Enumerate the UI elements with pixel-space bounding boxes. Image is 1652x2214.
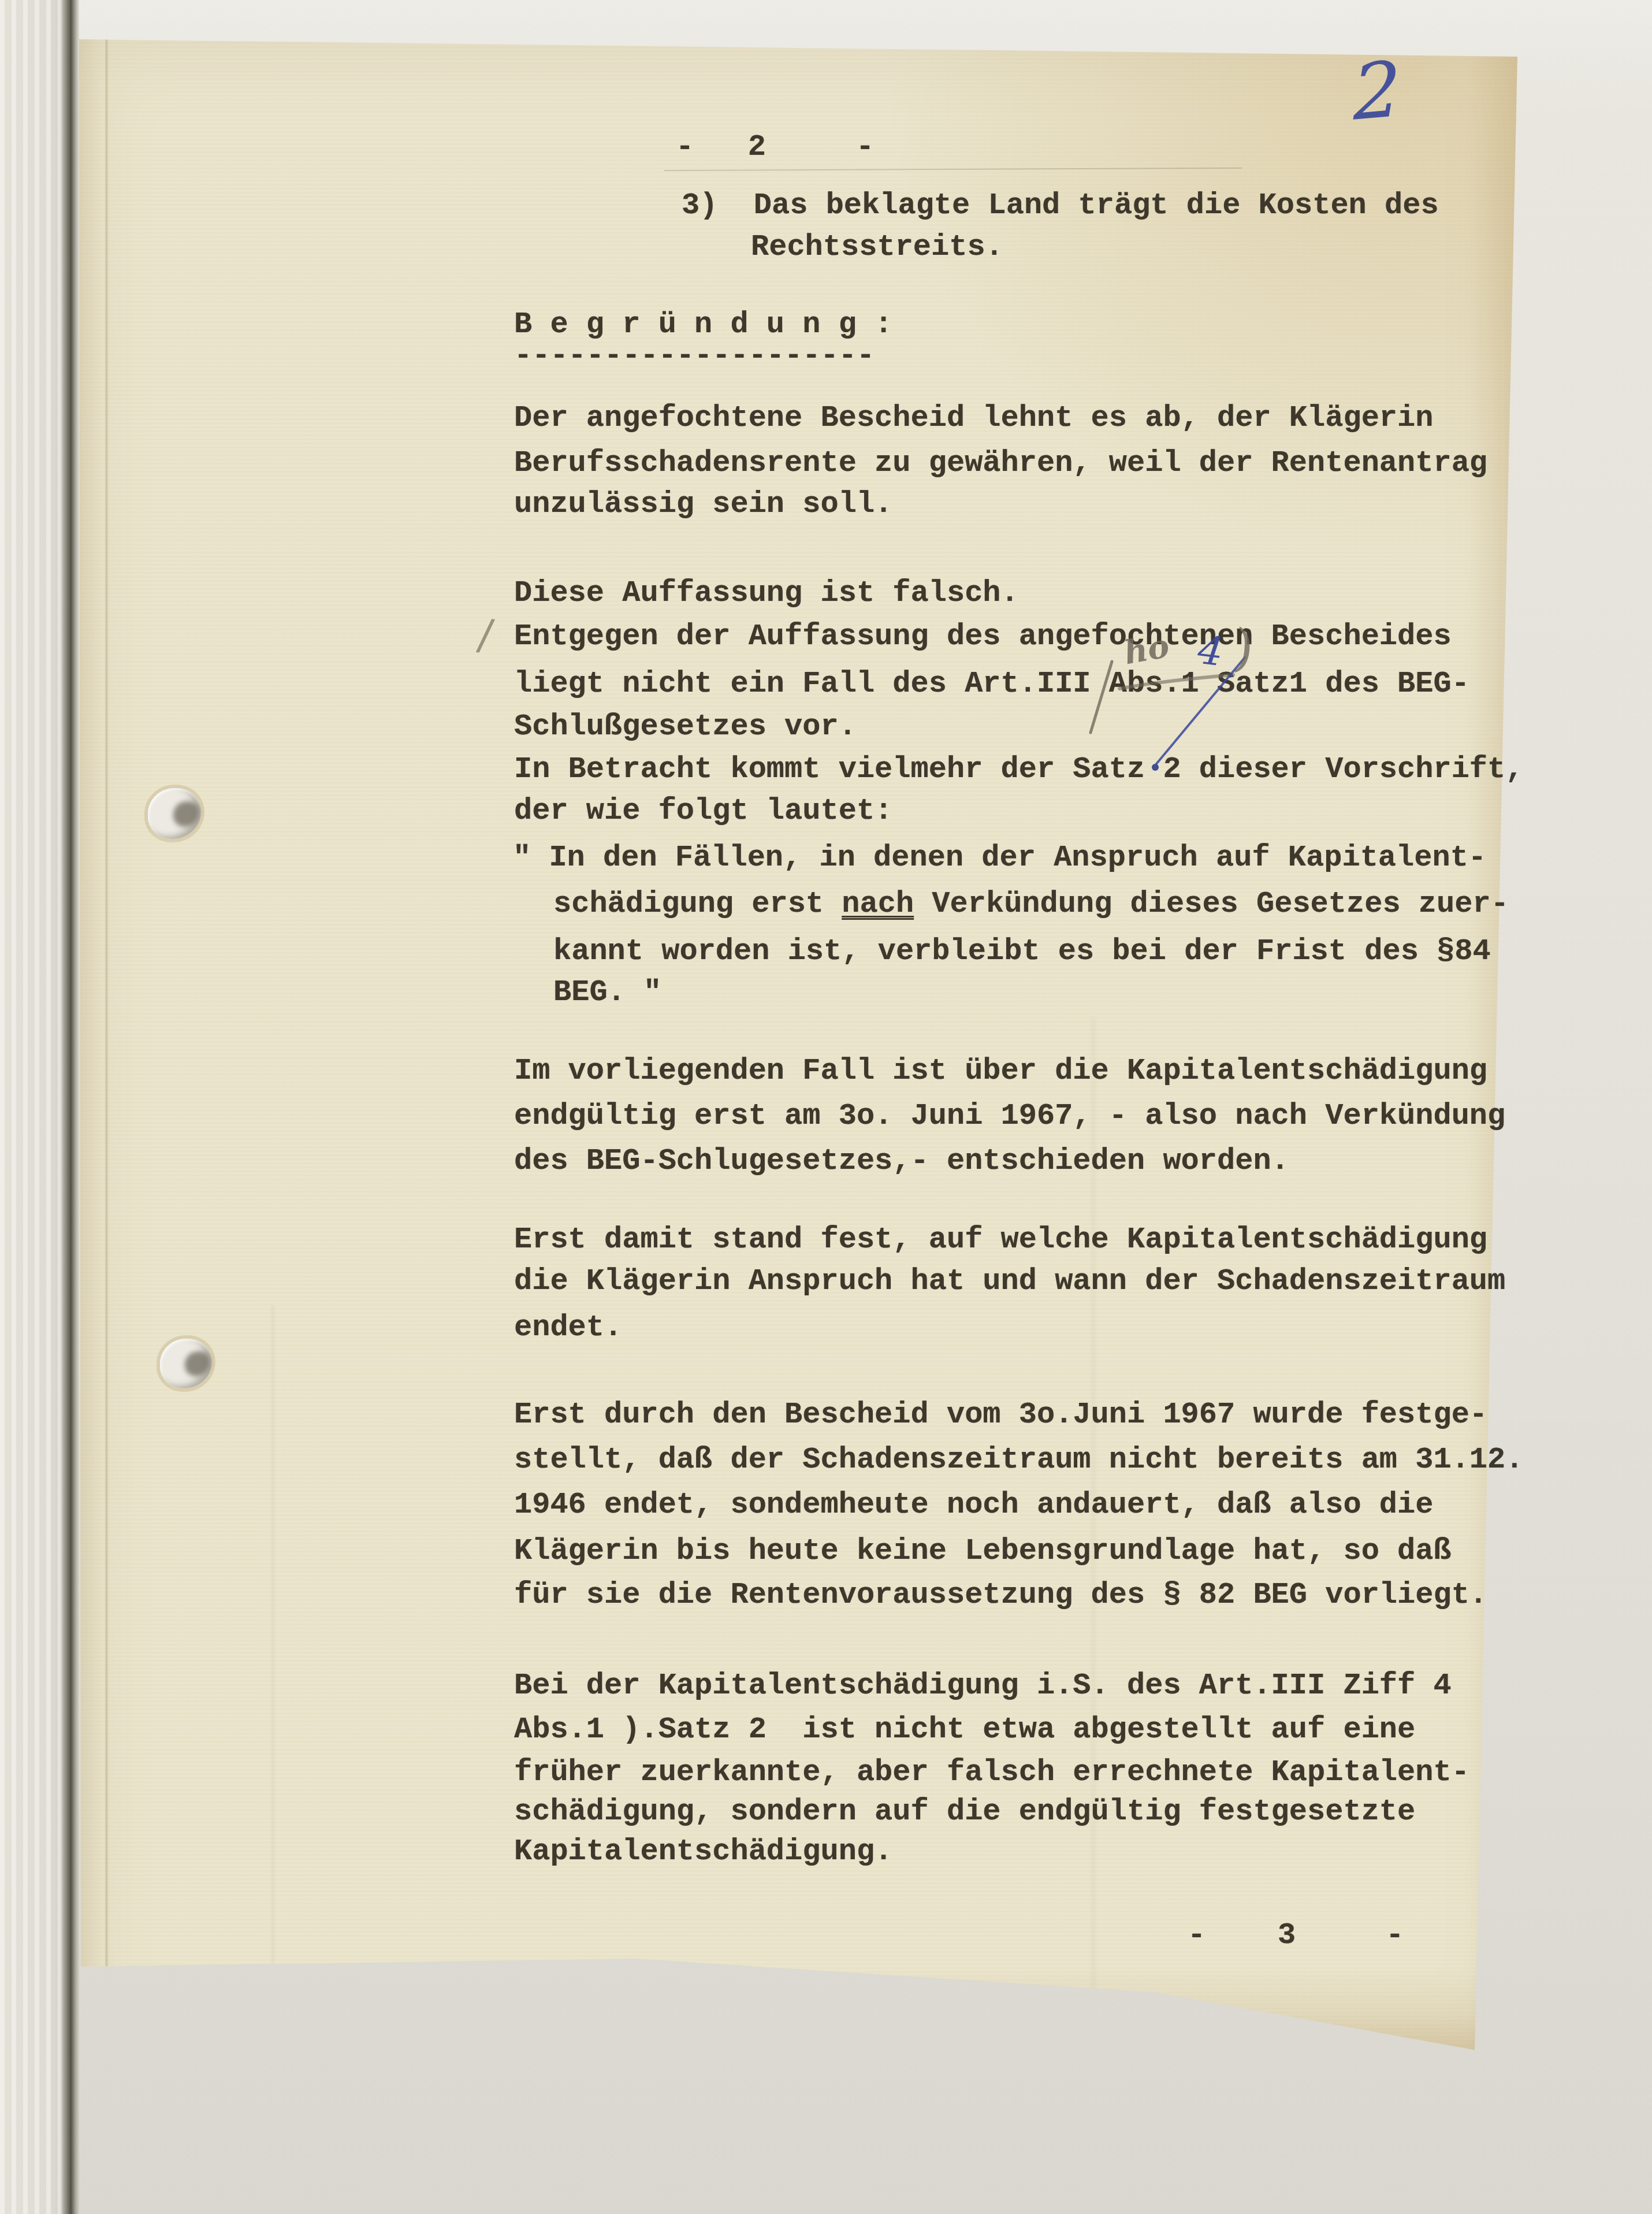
paper-crease	[106, 35, 107, 1967]
typed-line: " In den Fällen, in denen der Anspruch a…	[513, 841, 1486, 875]
typed-line: Kapitalentschädigung.	[514, 1834, 892, 1869]
typed-line: In Betracht kommt vielmehr der Satz 2 di…	[514, 752, 1523, 787]
typed-line: Rechtsstreits.	[751, 230, 1003, 265]
pencil-slash-stroke	[1091, 662, 1112, 733]
handwritten-folio-number: 2	[1352, 51, 1402, 132]
paper-crease	[272, 1306, 274, 1964]
typed-line: schädigung, sondern auf die endgültig fe…	[514, 1795, 1415, 1829]
typed-line: der wie folgt lautet:	[514, 794, 892, 829]
typed-line: Erst damit stand fest, auf welche Kapita…	[514, 1223, 1487, 1257]
typed-line: 3) Das beklagte Land trägt die Kosten de…	[682, 188, 1439, 223]
typed-text: Verkündung dieses Gesetzes zuer-	[914, 887, 1509, 921]
typed-line: schädigung erst nach Verkündung dieses G…	[553, 887, 1509, 922]
typed-line: stellt, daß der Schadenszeitraum nicht b…	[514, 1443, 1523, 1477]
binding-fold-shadow	[60, 0, 80, 2214]
typed-line: endet.	[514, 1310, 622, 1345]
typed-line: des BEG-Schlugesetzes,- entschieden word…	[514, 1144, 1289, 1179]
typed-line: für sie die Rentenvoraussetzung des § 82…	[514, 1578, 1487, 1613]
typed-line: endgültig erst am 3o. Juni 1967, - also …	[514, 1099, 1505, 1134]
typed-line: Berufsschadensrente zu gewähren, weil de…	[514, 446, 1487, 481]
typed-line: Der angefochtene Bescheid lehnt es ab, d…	[514, 401, 1433, 436]
typed-line: --------------------	[514, 339, 875, 373]
typed-line: liegt nicht ein Fall des Art.III Abs.1 S…	[514, 667, 1469, 701]
typed-line: - 3 -	[1188, 1918, 1404, 1953]
typed-line: Schlußgesetzes vor.	[514, 709, 857, 744]
annotation-strokes	[1057, 618, 1311, 792]
scanned-document: - 2 -3) Das beklagte Land trägt die Kost…	[0, 0, 1652, 2214]
annotation-pencil-word: ho	[1122, 630, 1172, 670]
underlined-word: nach	[842, 887, 914, 921]
blue-ink-dot	[1152, 764, 1159, 771]
typed-line: Im vorliegenden Fall ist über die Kapita…	[514, 1054, 1487, 1089]
typed-line: die Klägerin Anspruch hat und wann der S…	[514, 1264, 1505, 1299]
typed-line: B e g r ü n d u n g :	[514, 307, 892, 342]
pencil-underline-stroke	[1119, 675, 1233, 689]
typed-line: unzulässig sein soll.	[514, 487, 892, 522]
typed-line: früher zuerkannte, aber falsch errechnet…	[514, 1755, 1469, 1790]
typed-line: Erst durch den Bescheid vom 3o.Juni 1967…	[514, 1398, 1487, 1432]
typed-line: Abs.1 ).Satz 2 ist nicht etwa abgestellt…	[514, 1712, 1415, 1747]
typed-text: schädigung erst	[553, 887, 842, 921]
underlying-sheet-edge	[0, 0, 68, 2214]
typed-line: Diese Auffassung ist falsch.	[514, 576, 1019, 611]
typed-line: Klägerin bis heute keine Lebensgrundlage…	[514, 1534, 1452, 1569]
typed-line: BEG. "	[553, 975, 661, 1010]
typed-line: kannt worden ist, verbleibt es bei der F…	[553, 934, 1491, 969]
annotation-blue-number: 4	[1196, 631, 1225, 673]
typed-line: 1946 endet, sondemheute noch andauert, d…	[514, 1488, 1433, 1522]
typed-line: - 2 -	[676, 130, 874, 165]
typed-line: Bei der Kapitalentschädigung i.S. des Ar…	[514, 1669, 1452, 1703]
